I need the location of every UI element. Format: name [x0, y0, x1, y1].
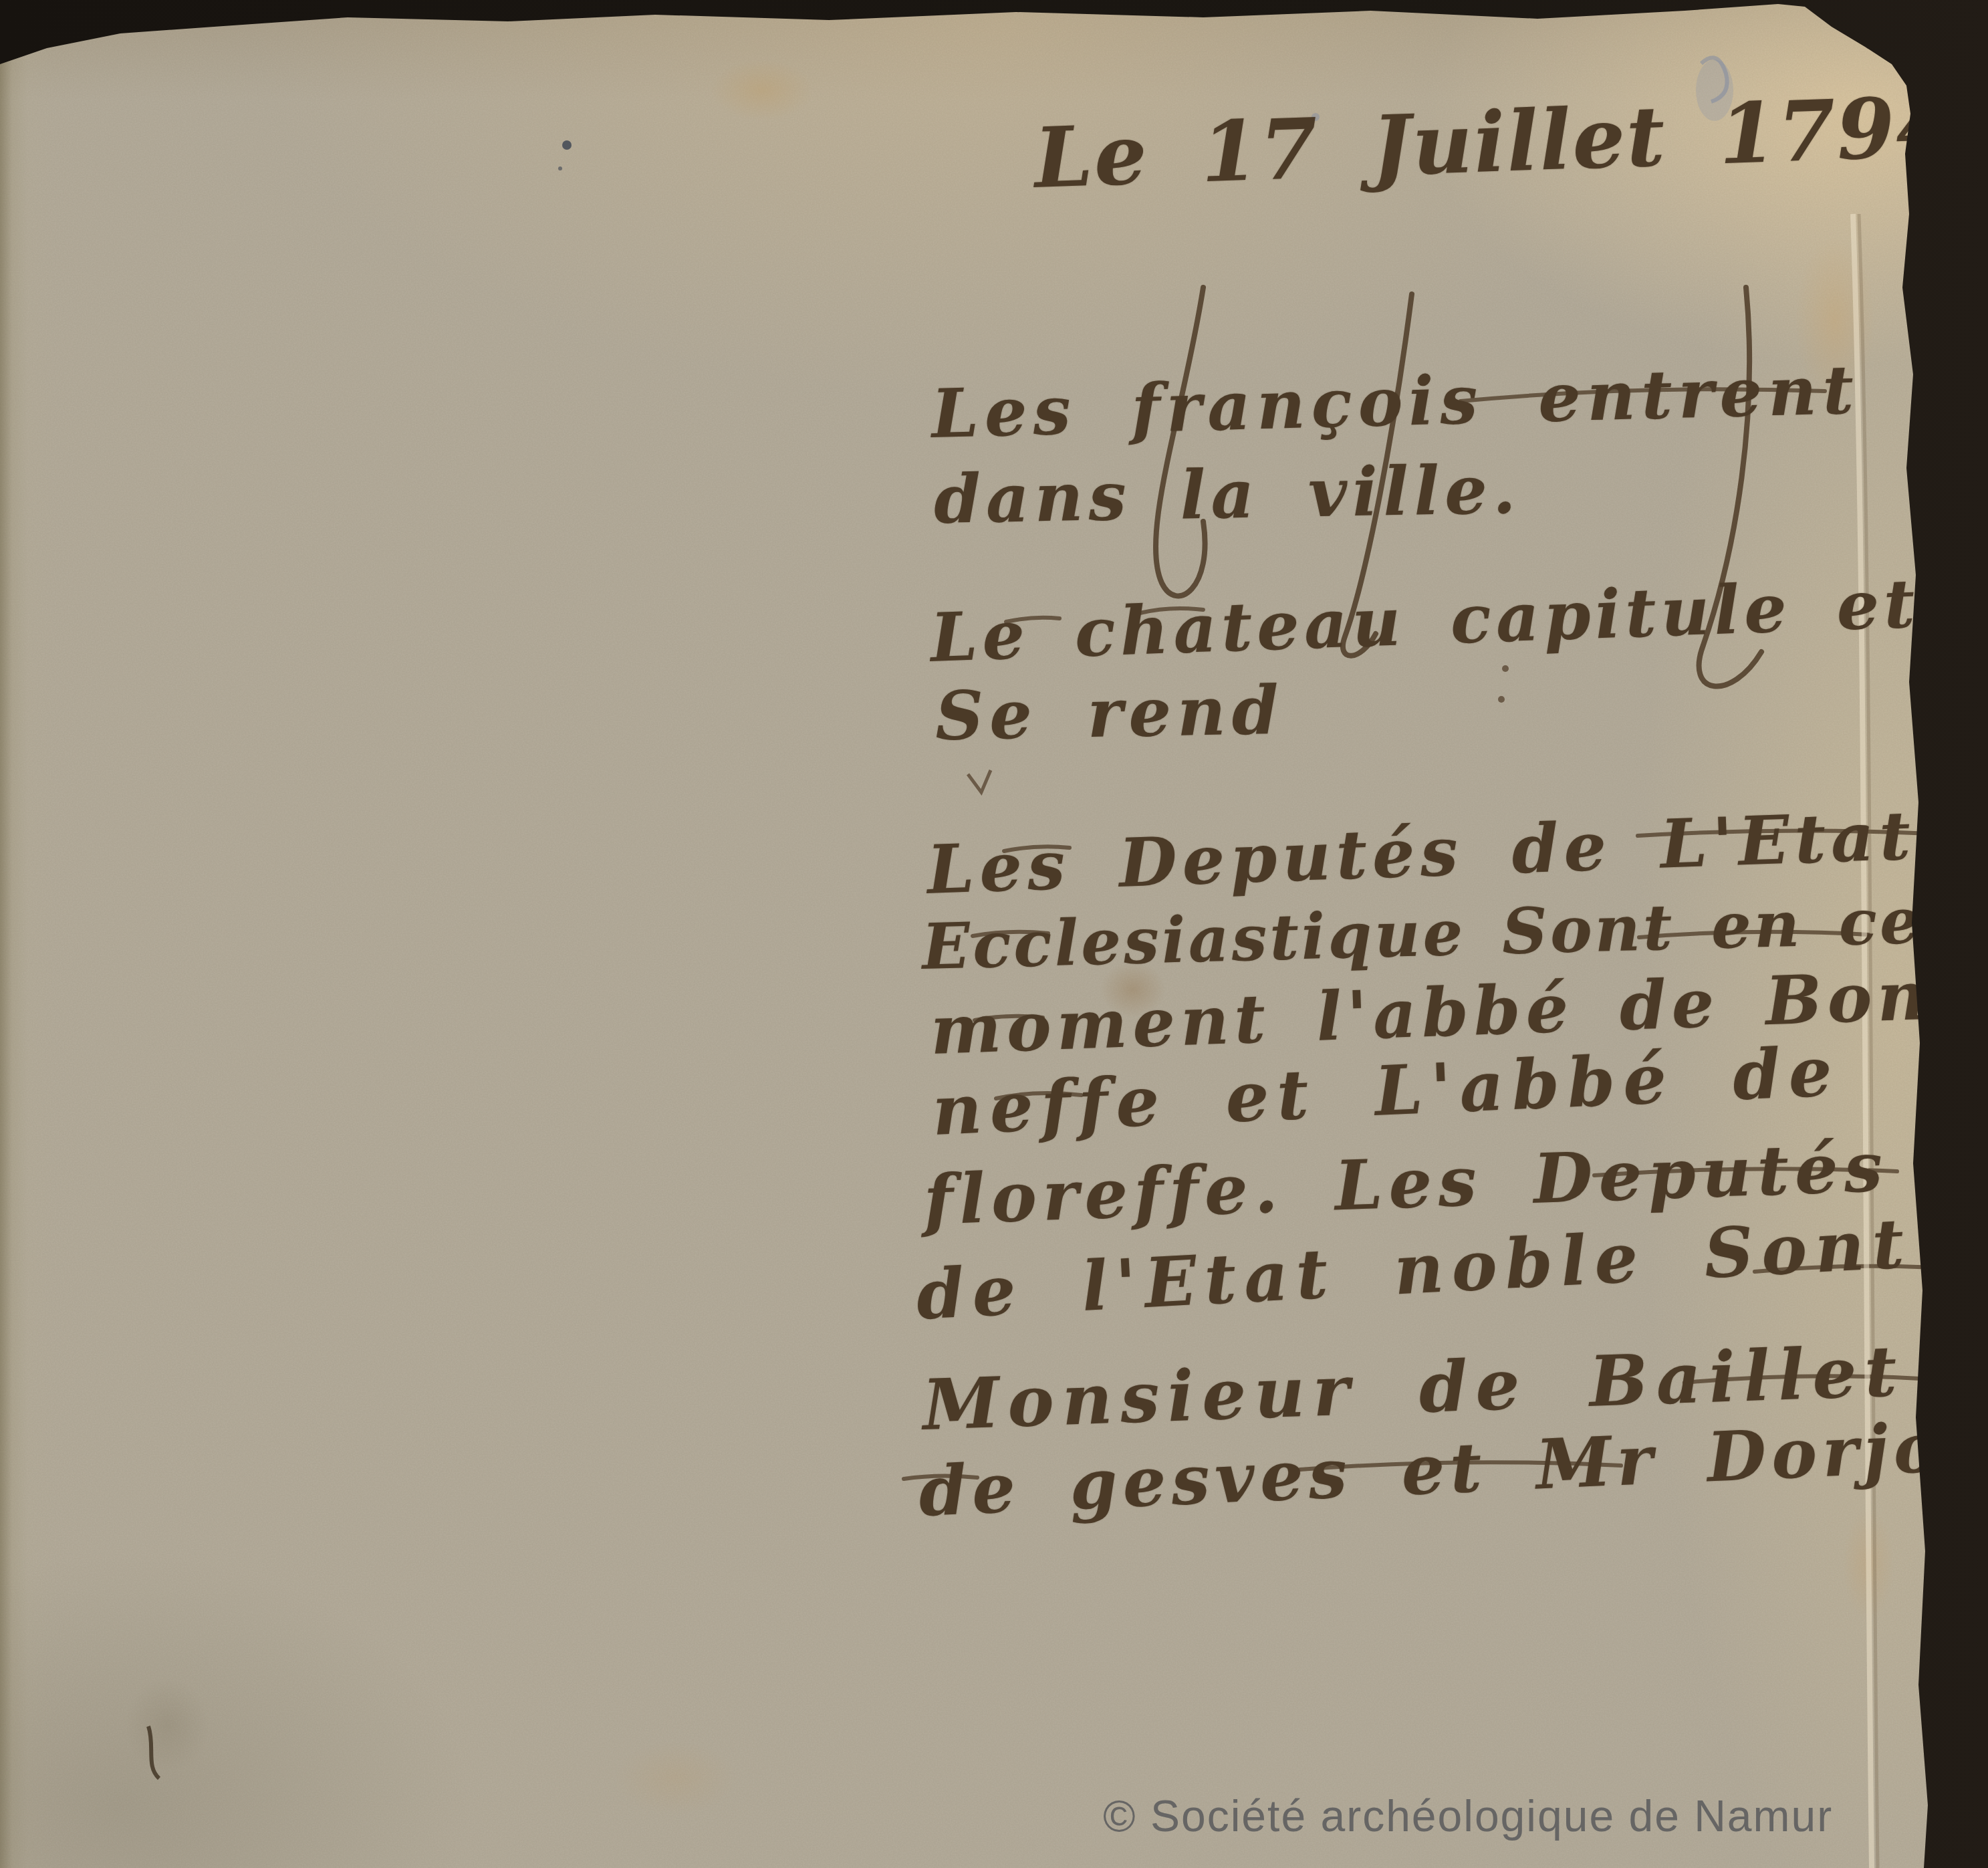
manuscript-page: Le 17 Juillet 1794 Les françois entrent … — [0, 0, 1988, 1868]
manuscript-line: Se rend — [935, 671, 1285, 755]
watermark: © Société archéologique de Namur — [1103, 1790, 1833, 1841]
paper-crease — [1853, 214, 1878, 1868]
manuscript-line: dans la ville. — [933, 450, 1522, 539]
manuscript-scan: Le 17 Juillet 1794 Les françois entrent … — [0, 0, 1988, 1868]
